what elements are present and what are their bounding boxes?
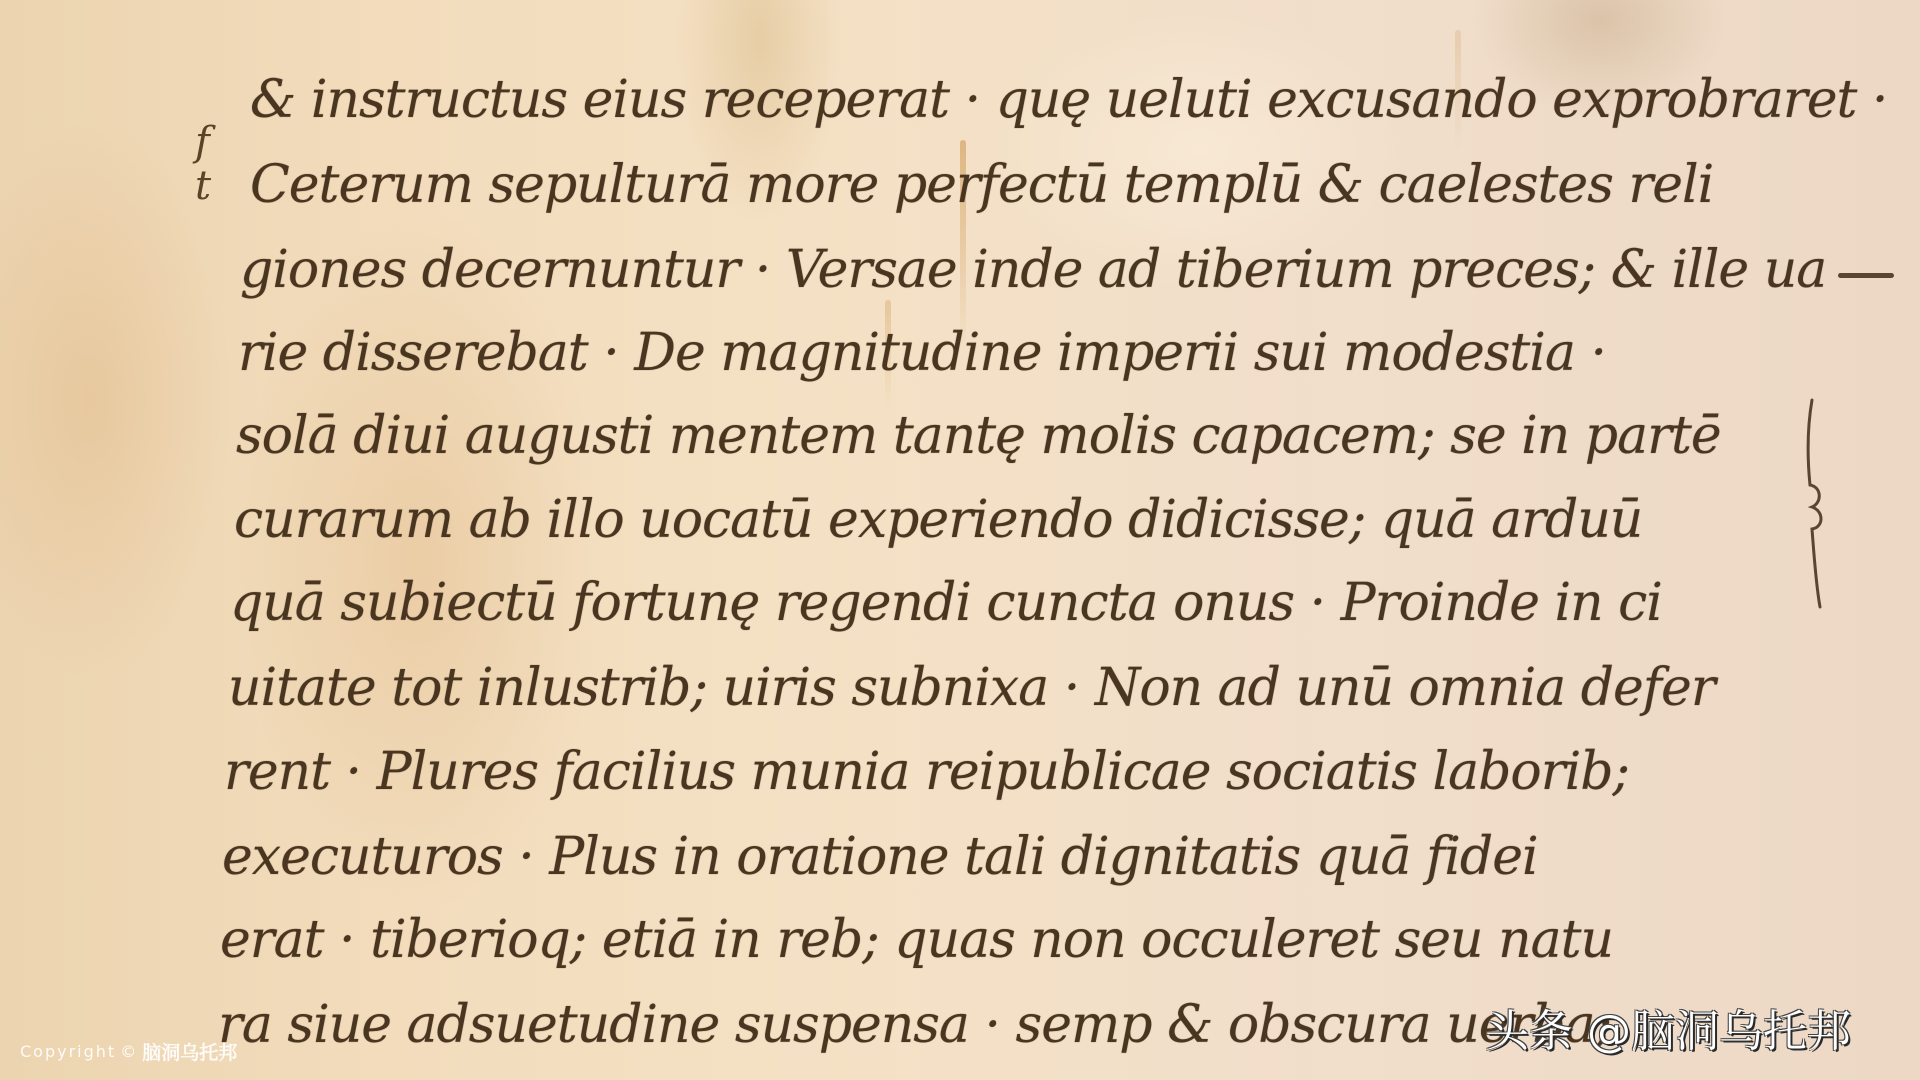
marginalia-left: f t bbox=[195, 120, 211, 208]
manuscript-line: Ceterum sepulturā more perfectū templū &… bbox=[250, 155, 1713, 215]
manuscript-line: curarum ab illo uocatū experiendo didici… bbox=[234, 490, 1642, 550]
manuscript-line: solā diui augusti mentem tantę molis cap… bbox=[236, 406, 1721, 466]
copyright-brand: 脑洞乌托邦 bbox=[142, 1038, 237, 1065]
copyright-label: Copyright bbox=[20, 1042, 116, 1061]
manuscript-line: executuros · Plus in oratione tali digni… bbox=[222, 827, 1538, 887]
manuscript-line: erat · tiberioq; etiā in reb; quas non o… bbox=[220, 910, 1613, 970]
toutiao-watermark: 头条 @脑洞乌托邦 bbox=[1485, 995, 1851, 1059]
manuscript-line: rie disserebat · De magnitudine imperii … bbox=[238, 323, 1606, 383]
marginal-dash-mark bbox=[1838, 273, 1894, 278]
marginal-brace-mark bbox=[1800, 395, 1830, 615]
marginal-letter-f: f bbox=[195, 120, 211, 164]
copyright-watermark: Copyright © 脑洞乌托邦 bbox=[20, 1038, 237, 1065]
manuscript-line: & instructus eius receperat · quę ueluti… bbox=[250, 70, 1887, 130]
manuscript-line: rent · Plures facilius munia reipublicae… bbox=[224, 742, 1629, 802]
manuscript-line: ra siue adsuetudine suspensa · semp & ob… bbox=[218, 995, 1611, 1055]
manuscript-line: uitate tot inlustrib; uiris subnixa · No… bbox=[228, 658, 1715, 718]
marginal-letter-t: t bbox=[195, 164, 211, 208]
manuscript-line: quā subiectū fortunę regendi cuncta onus… bbox=[230, 573, 1662, 633]
manuscript-line: giones decernuntur · Versae inde ad tibe… bbox=[240, 240, 1826, 300]
copyright-icon: © bbox=[120, 1042, 138, 1061]
